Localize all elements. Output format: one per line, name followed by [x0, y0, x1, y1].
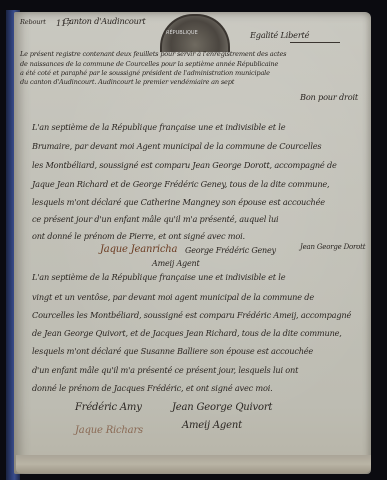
entry-line: d'un enfant mâle qu'il m'a présenté ce p… [32, 365, 298, 375]
signature: George Frédéric Geney [185, 246, 276, 255]
entry-line: L'an septième de la République française… [32, 272, 285, 282]
agent-signature: Ameij Agent [182, 420, 242, 431]
entry-line: Brumaire, par devant moi Agent municipal… [32, 141, 321, 151]
page-torn-edge [16, 455, 371, 473]
signature: Jaque Richars [75, 425, 143, 436]
motto-underline [290, 42, 340, 43]
canton-heading: Canton d'Audincourt [63, 16, 146, 26]
entry-line: les Montbéliard, soussigné est comparu J… [32, 160, 337, 170]
signature: Frédéric Amy [75, 402, 142, 413]
intro-line: du canton d'Audincourt. Audincourt le pr… [20, 78, 234, 86]
signature: Jean George Dorott [300, 243, 365, 251]
entry-line: ce présent jour d'un enfant mâle qu'il m… [32, 214, 278, 224]
motto: Egalité Liberté [250, 30, 309, 40]
entry-line: ont donné le prénom de Pierre, et ont si… [32, 231, 245, 241]
entry-line: vingt et un ventôse, par devant moi agen… [32, 292, 314, 302]
entry-line: de Jean George Quivort, et de Jacques Je… [32, 328, 342, 338]
signature: Jean George Quivort [172, 402, 272, 413]
intro-line: a été coté et paraphé par le soussigné p… [20, 69, 270, 77]
intro-line: Le présent registre contenant deux feuil… [20, 50, 286, 58]
entry-line: lesquels m'ont déclaré que Catherine Man… [32, 197, 325, 207]
agent-signature: Ameij Agent [152, 259, 199, 268]
entry-line: donné le prénom de Jacques Frédéric, et … [32, 383, 273, 393]
entry-line: lesquels m'ont déclaré que Susanne Balli… [32, 346, 313, 356]
entry-line: Jaque Jean Richard et de George Frédéric… [32, 179, 329, 189]
intro-line: de naissances de la commune de Courcelle… [20, 60, 278, 68]
signature: Jaque Jeanricha [100, 244, 177, 255]
approval-signature: Bon pour droit [300, 92, 358, 102]
margin-note: Rebourt [20, 18, 46, 26]
entry-line: L'an septième de la République française… [32, 122, 285, 132]
entry-line: Courcelles les Montbéliard, soussigné es… [32, 310, 351, 320]
